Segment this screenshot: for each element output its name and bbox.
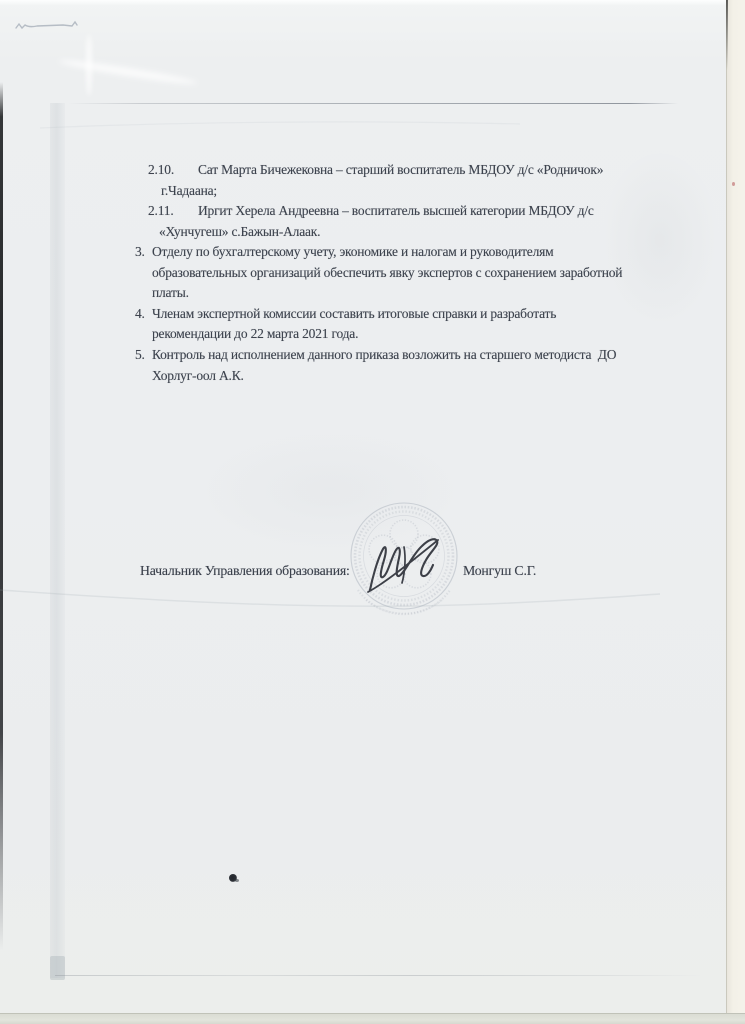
sheet-bottom-edge-line: [55, 975, 703, 976]
doc-line: г.Чадаана;: [0, 181, 745, 202]
scan-top-highlight: [0, 0, 745, 6]
list-text: Членам экспертной комиссии составить ито…: [152, 304, 556, 324]
sheet-top-edge-line: [68, 103, 678, 104]
scan-bottom-edge-strip: [0, 1013, 745, 1024]
list-text: Отделу по бухгалтерскому учету, экономик…: [152, 242, 553, 262]
scanned-document-page: 2.10. Сат Марта Бичежековна – старший во…: [0, 0, 745, 1024]
list-number: 2.11.: [148, 201, 174, 221]
doc-line: 2.10. Сат Марта Бичежековна – старший во…: [0, 160, 745, 181]
doc-line: «Хунчугеш» с.Бажын-Алаак.: [0, 222, 745, 243]
pencil-scribble: [10, 14, 90, 38]
ink-blot-tail: [235, 879, 239, 882]
signer-title: Начальник Управления образования:: [140, 561, 350, 581]
paper-wrinkle-highlight: [86, 34, 92, 96]
list-text: Сат Марта Бичежековна – старший воспитат…: [198, 160, 603, 180]
doc-line: 5. Контроль над исполнением данного прик…: [0, 345, 745, 366]
scan-right-edge-line: [726, 0, 728, 70]
doc-line: 2.11. Иргит Херела Андреевна – воспитате…: [0, 201, 745, 222]
doc-line: платы.: [0, 283, 745, 304]
paper-wrinkle-highlight: [58, 57, 198, 87]
list-number: 4.: [135, 304, 145, 324]
list-text: образовательных организаций обеспечить я…: [152, 263, 622, 283]
list-text: Хорлуг-оол А.К.: [152, 366, 244, 386]
list-number: 5.: [135, 345, 145, 365]
list-text: «Хунчугеш» с.Бажын-Алаак.: [159, 222, 320, 242]
signature-row: Начальник Управления образования: Монгуш…: [0, 561, 745, 582]
list-text: рекомендации до 22 марта 2021 года.: [152, 324, 358, 344]
list-number: 3.: [135, 242, 145, 262]
list-number: 2.10.: [148, 160, 174, 180]
list-text: платы.: [152, 283, 189, 303]
doc-line: 3. Отделу по бухгалтерскому учету, эконо…: [0, 242, 745, 263]
red-speck: [732, 182, 735, 186]
list-text: г.Чадаана;: [161, 181, 217, 201]
list-text: Иргит Херела Андреевна – воспитатель выс…: [198, 201, 594, 221]
list-text: Контроль над исполнением данного приказа…: [152, 345, 616, 365]
doc-line: 4. Членам экспертной комиссии составить …: [0, 304, 745, 325]
doc-line: Хорлуг-оол А.К.: [0, 366, 745, 387]
sheet-left-fold-end: [50, 956, 65, 980]
doc-line: рекомендации до 22 марта 2021 года.: [0, 324, 745, 345]
scan-right-paper-strip: [726, 0, 745, 1024]
signer-name: Монгуш С.Г.: [463, 561, 536, 581]
doc-line: образовательных организаций обеспечить я…: [0, 263, 745, 284]
